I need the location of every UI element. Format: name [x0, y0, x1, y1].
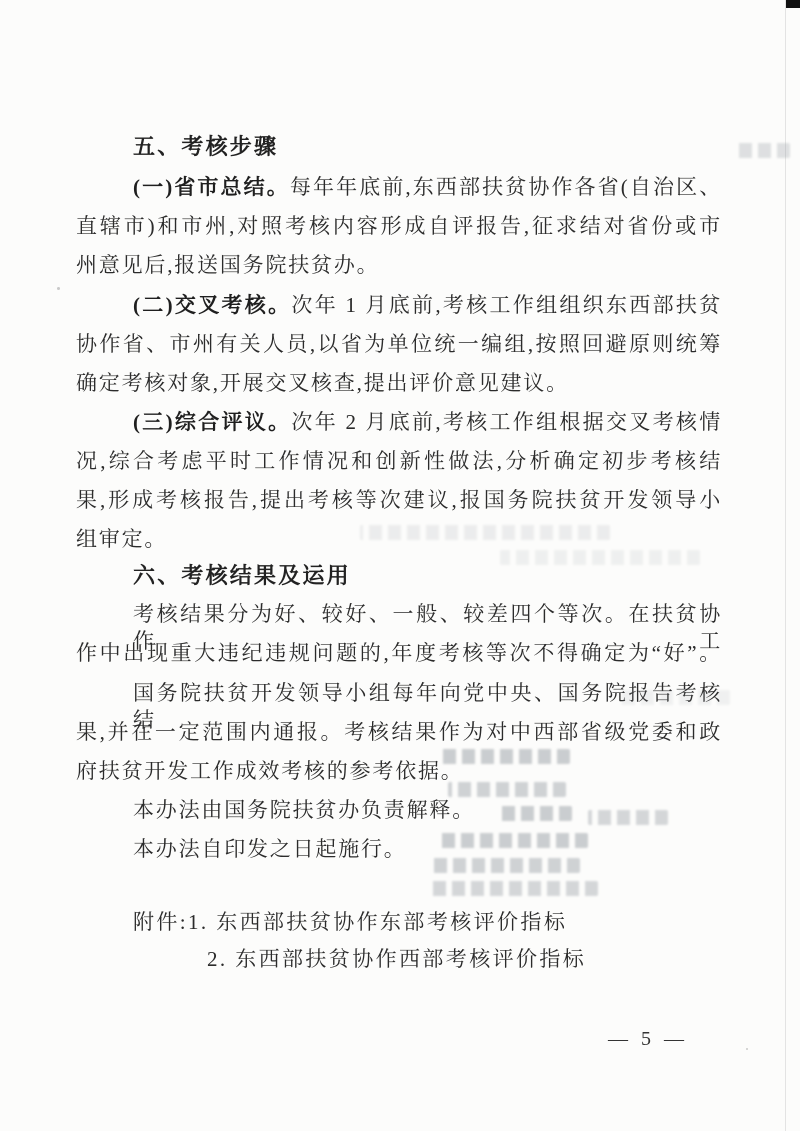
bleed-through-artifact — [440, 749, 570, 764]
paragraph-1-line-1-text: 每年年底前,东西部扶贫协作各省(自治区、 — [290, 175, 722, 199]
bleed-through-artifact — [436, 833, 588, 848]
attachment-line-2: 2. 东西部扶贫协作西部考核评价指标 — [76, 946, 722, 973]
paragraph-3-line-2: 况,综合考虑平时工作情况和创新性做法,分析确定初步考核结 — [76, 448, 722, 475]
paragraph-2-lead: (二)交叉考核。 — [133, 293, 291, 317]
paragraph-1-line-2: 直辖市)和市州,对照考核内容形成自评报告,征求结对省份或市 — [76, 213, 722, 240]
bleed-through-artifact — [448, 782, 566, 797]
bleed-through-artifact — [735, 143, 790, 158]
attachment-line-1: 附件:1. 东西部扶贫协作东部考核评价指标 — [76, 909, 722, 936]
paragraph-7: 本办法自印发之日起施行。 — [76, 836, 722, 863]
document-text-block: 五、考核步骤 (一)省市总结。每年年底前,东西部扶贫协作各省(自治区、 直辖市)… — [76, 0, 722, 1131]
bleed-through-artifact — [500, 550, 700, 565]
scanned-document-page: 五、考核步骤 (一)省市总结。每年年底前,东西部扶贫协作各省(自治区、 直辖市)… — [0, 0, 800, 1131]
paragraph-2-line-1-text: 次年 1 月底前,考核工作组组织东西部扶贫 — [291, 293, 722, 317]
paragraph-5-line-2: 果,并在一定范围内通报。考核结果作为对中西部省级党委和政 — [76, 719, 722, 746]
paragraph-3-line-3: 果,形成考核报告,提出考核等次建议,报国务院扶贫开发领导小 — [76, 487, 722, 514]
paragraph-1-lead: (一)省市总结。 — [133, 175, 290, 199]
section-heading-6: 六、考核结果及运用 — [76, 562, 722, 589]
scan-corner-mark — [786, 0, 800, 8]
bleed-through-artifact — [428, 881, 598, 896]
page-number: — 5 — — [600, 1028, 696, 1051]
paragraph-2-line-2: 协作省、市州有关人员,以省为单位统一编组,按照回避原则统筹 — [76, 331, 722, 358]
paragraph-3-line-1: (三)综合评议。次年 2 月底前,考核工作组根据交叉考核情 — [76, 409, 722, 436]
paragraph-4-line-2: 作中出现重大违纪违规问题的,年度考核等次不得确定为“好”。 — [76, 640, 722, 667]
paragraph-3-lead: (三)综合评议。 — [133, 410, 291, 434]
paragraph-3-line-1-text: 次年 2 月底前,考核工作组根据交叉考核情 — [291, 410, 722, 434]
bleed-through-artifact — [588, 810, 668, 825]
paragraph-5-line-3: 府扶贫开发工作成效考核的参考依据。 — [76, 758, 722, 785]
section-heading-5: 五、考核步骤 — [76, 133, 722, 160]
bleed-through-artifact — [430, 858, 580, 873]
paper-edge-line — [785, 0, 786, 1131]
paragraph-2-line-1: (二)交叉考核。次年 1 月底前,考核工作组组织东西部扶贫 — [76, 292, 722, 319]
paragraph-1-line-1: (一)省市总结。每年年底前,东西部扶贫协作各省(自治区、 — [76, 174, 722, 201]
dust-speck — [57, 287, 60, 290]
paragraph-2-line-3: 确定考核对象,开展交叉核查,提出评价意见建议。 — [76, 370, 722, 397]
bleed-through-artifact — [360, 525, 610, 540]
dust-speck — [746, 1048, 748, 1050]
paragraph-1-line-3: 州意见后,报送国务院扶贫办。 — [76, 252, 722, 279]
bleed-through-artifact — [620, 690, 730, 705]
bleed-through-artifact — [497, 806, 572, 821]
